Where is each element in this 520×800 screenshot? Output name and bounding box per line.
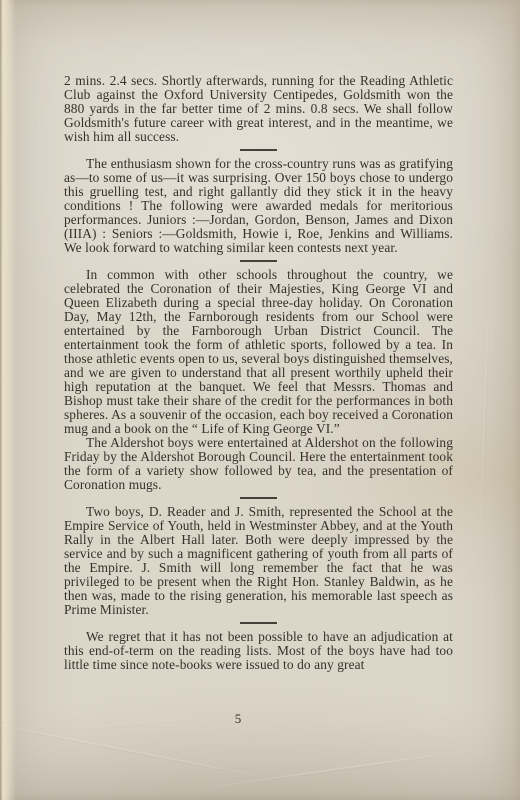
- paragraph-coronation: In common with other schools throughout …: [64, 268, 453, 436]
- scanned-page: 2 mins. 2.4 secs. Shortly afterwards, ru…: [0, 0, 520, 800]
- section-divider: [240, 149, 277, 151]
- paragraph-aldershot: The Aldershot boys were entertained at A…: [64, 436, 453, 492]
- paragraph-cross-country: The enthusiasm shown for the cross-count…: [64, 157, 453, 255]
- page-content: 2 mins. 2.4 secs. Shortly afterwards, ru…: [64, 74, 453, 672]
- paragraph-empire-service: Two boys, D. Reader and J. Smith, repres…: [64, 505, 453, 617]
- page-number: 5: [0, 711, 476, 727]
- paragraph-reading-lists: We regret that it has not been possible …: [64, 630, 453, 672]
- paper-crease: [480, 300, 490, 540]
- section-divider: [240, 622, 277, 624]
- section-divider: [240, 260, 277, 262]
- section-divider: [240, 497, 277, 499]
- paragraph-goldsmith-running: 2 mins. 2.4 secs. Shortly afterwards, ru…: [64, 74, 453, 144]
- paper-crease: [211, 750, 469, 789]
- page-left-edge: [0, 0, 16, 800]
- paper-crease: [0, 719, 268, 779]
